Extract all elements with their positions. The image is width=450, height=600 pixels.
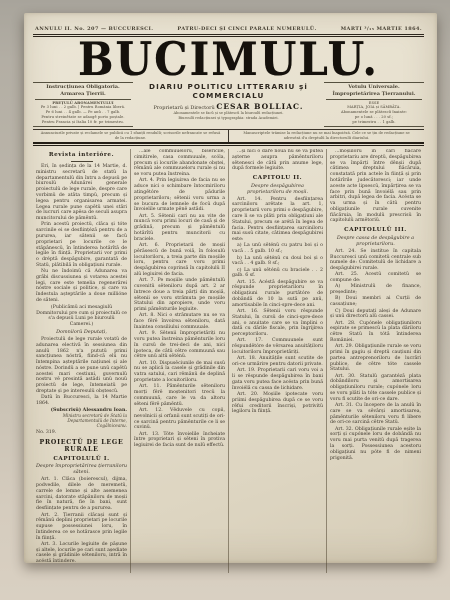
- paragraph: C) Doui deputați aleși de Adunare și unŭ…: [330, 309, 421, 321]
- paragraph: ...moșiiloru în cari fiăcare proprietari…: [330, 149, 421, 224]
- paragraph: Nu ne îndoimŭ că Adunarea va grăbi discu…: [36, 269, 127, 304]
- paragraph: Art. 6. Proprietarii de moșii pĕrăsescŭ …: [134, 243, 225, 278]
- paragraph: Art. 20. Moșiile ipotecate voru priimi d…: [232, 392, 323, 415]
- chapter-subtitle: Despre despăgubirea proprietariloru de m…: [232, 183, 323, 195]
- paragraph: Art. 19. Proprietarii cari voru voi a li…: [232, 368, 323, 391]
- masthead-center: DIARIU POLITICU LITTERARIU și COMMERCIAL…: [137, 82, 320, 127]
- document-number: No. 319.: [36, 430, 127, 435]
- paragraph: Art. 4. Prin legiuirea de facia nu se ad…: [134, 178, 225, 213]
- newspaper-column: ...și nici o dare nouă nu se va putea aș…: [228, 149, 326, 573]
- paragraph: Art. 12. Vĕduvele cu copii, nevolnicii ș…: [134, 408, 225, 431]
- paragraph: Art. 18. Anuitățile sunt scutite de ori-…: [232, 356, 323, 368]
- price-table: Pe 3 luni . . 2 galb. | Pentru Romănia l…: [33, 105, 133, 124]
- paragraph: Art. 28. Cupónele obligațiuniloru espira…: [330, 321, 421, 344]
- address-heading: Domnilorŭ Deputați,: [36, 329, 127, 335]
- notice-band: Annunciurile private și reclamele se pub…: [33, 129, 424, 142]
- paragraph: Datŭ în Buccuresci, la 14 Martie 1864.: [36, 395, 127, 407]
- paragraph: Art. 13. Tóte învoielile încheiate între…: [134, 432, 225, 449]
- paragraph: Art. 7. Pe moșiile unde pămĕntulŭ cuveni…: [134, 278, 225, 313]
- masthead-left-box: Instrucțiunea Obligatoria. Armarea Țierr…: [33, 82, 133, 127]
- paragraph: Art. 32. Obligațiunile rurale eșite la s…: [330, 427, 421, 462]
- paragraph: Prin acestŭ proiectŭ, clăca și tóte sarc…: [36, 222, 127, 268]
- paragraph: Art. 8. Nici o strămutare nu se va face …: [134, 313, 225, 330]
- chapter-heading: CAPITOLULŬ I.: [36, 456, 127, 462]
- date-line: MARTI ³/₁₅ MARTIE 1864.: [341, 26, 422, 32]
- paragraph: Art. 10. Dispusĕciunile de mai susŭ nu s…: [134, 361, 225, 384]
- paragraph: Art. 11. Pămĕnturile sĕteniloru morți fĕ…: [134, 384, 225, 407]
- chapter-heading: CAPITOLU II.: [232, 175, 323, 181]
- issue-number: ANNULU II. No. 207 — BUCCURESCI.: [35, 26, 153, 32]
- paragraph: Art. 9. Sĕtenii împroprietăriți nu voru …: [134, 331, 225, 360]
- divider: [326, 99, 422, 100]
- paragraph: B) Doui membri ai Curții de cassațiune;: [330, 296, 421, 308]
- paragraph: A) Ministrulŭ de finance, președinte;: [330, 284, 421, 296]
- masthead-grid: Instrucțiunea Obligatoria. Armarea Țierr…: [33, 82, 424, 127]
- notice-left: Annunciurile private și reclamele se pub…: [33, 130, 228, 142]
- left-motto-2: Armarea Țierrii.: [33, 91, 133, 98]
- paragraph: b) La unŭ sĕténŭ cu doui boi și o vacă .…: [232, 256, 323, 268]
- paragraph: ...și nici o dare nouă nu se va putea aș…: [232, 149, 323, 172]
- paragraph: a) La unŭ sĕténŭ cu patru boi și o vacă …: [232, 243, 323, 255]
- paragraph: Art. 1. Clăca (boierescul), dijma, podve…: [36, 477, 127, 512]
- chapter-subtitle: Despre împroprietărirea țierraniloru săt…: [36, 463, 127, 475]
- newspaper-page: ANNULU II. No. 207 — BUCCURESCI. PATRU-D…: [24, 13, 437, 563]
- newspaper-column: ...ale commuueloru, bisericile, cimitire…: [130, 149, 228, 573]
- paragraph: Art. 31. Cu începere de la anulŭ în care…: [330, 403, 421, 426]
- chapter-subtitle: Despre cassa de despăgubire a proprietar…: [330, 235, 421, 247]
- body-top-rule: [33, 142, 424, 146]
- price-line: PATRU-DECI ȘI CINCI PARALE NUMERULŬ.: [177, 26, 316, 32]
- paragraph: Art. 2. Țierranii clăcași sunt și rĕmânŭ…: [36, 513, 127, 542]
- schedule-table: ESSEMARȚIA, JOIA și SÂMBĂTA.Abonamentele…: [324, 101, 424, 125]
- paragraph: Eri, în ședința de la 14 Martie, d. mini…: [36, 164, 127, 222]
- newspaper-column: Revista interióre.Eri, în ședința de la …: [33, 149, 130, 573]
- paragraph: Art. 3. Locurile legiuite de pășune și a…: [36, 542, 127, 565]
- paragraph: ...ale commuueloru, bisericile, cimitire…: [134, 149, 225, 178]
- proprietor-line: Proprietarŭ și Directorŭ CESAR BOLLIAC.: [137, 102, 320, 111]
- right-motto-2: Împroprietărirea Țierranului.: [324, 91, 424, 98]
- paragraph: Art. 17. Commuunele sunt rĕspundĕtóre de…: [232, 338, 323, 355]
- paragraph: Art. 5. Sĕtenii cari nu au vite de muncă…: [134, 214, 225, 243]
- body-columns: Revista interióre.Eri, în ședința de la …: [33, 149, 424, 573]
- law-title: PROIECTŬ DE LEGE RURALE: [36, 439, 127, 453]
- newspaper-column: ...moșiiloru în cari fiăcare proprietari…: [326, 149, 424, 573]
- photo-background: { "header": { "left": "ANNULU II. No. 20…: [0, 0, 450, 600]
- chapter-heading: CAPITOLULŬ III.: [330, 227, 421, 233]
- divider: [35, 99, 131, 100]
- paragraph: Art. 16. Sĕtenii voru rĕspunde Statului,…: [232, 309, 323, 338]
- signature-title: Ministru secretarŭ de Statŭ la Departame…: [36, 413, 127, 428]
- paragraph: Art. 24. Se institue în capitala Buccure…: [330, 249, 421, 272]
- masthead-right-box: Votulu Universale. Împroprietărirea Țier…: [324, 82, 424, 127]
- notice-right: Manuscriptele trămise la redacțiune nu s…: [228, 130, 424, 142]
- signature: (Subscrisŭ) Alessandru Ioan.: [36, 408, 127, 413]
- paragraph: Art. 25. Acestŭ comitetŭ se compune de:: [330, 272, 421, 284]
- paragraph: (Publicămŭ aci mesagiulŭ Domnitorului pr…: [36, 305, 127, 328]
- admin-line-2: Biuroulŭ redacțiunei și typographia: str…: [137, 116, 320, 121]
- article-heading: Revista interióre.: [36, 152, 127, 158]
- paragraph: Art. 14. Pentru desființarea sarciniloru…: [232, 197, 323, 243]
- paragraph: Art. 30. Statulŭ garantéză plata dobândi…: [330, 374, 421, 403]
- section-rule: [71, 161, 93, 162]
- paragraph: Art. 15. Acéstă despăgubire se va rĕspun…: [232, 280, 323, 309]
- paragraph: Proiectulŭ de lege rurale votatŭ de adun…: [36, 337, 127, 395]
- proprietor-name: CESAR BOLLIAC.: [216, 102, 303, 111]
- paragraph: c) La unŭ sĕténŭ cu braciele . . 2 galb.…: [232, 268, 323, 280]
- table-row: pe trimestru . . 1 galb.: [324, 120, 424, 125]
- table-row: Pentru Francia și Italia 10 fr. pe trime…: [33, 120, 133, 125]
- paragraph: Art. 29. Obligațiunile rurale se voru pr…: [330, 344, 421, 373]
- masthead-title: BUCIMULU.: [33, 37, 424, 82]
